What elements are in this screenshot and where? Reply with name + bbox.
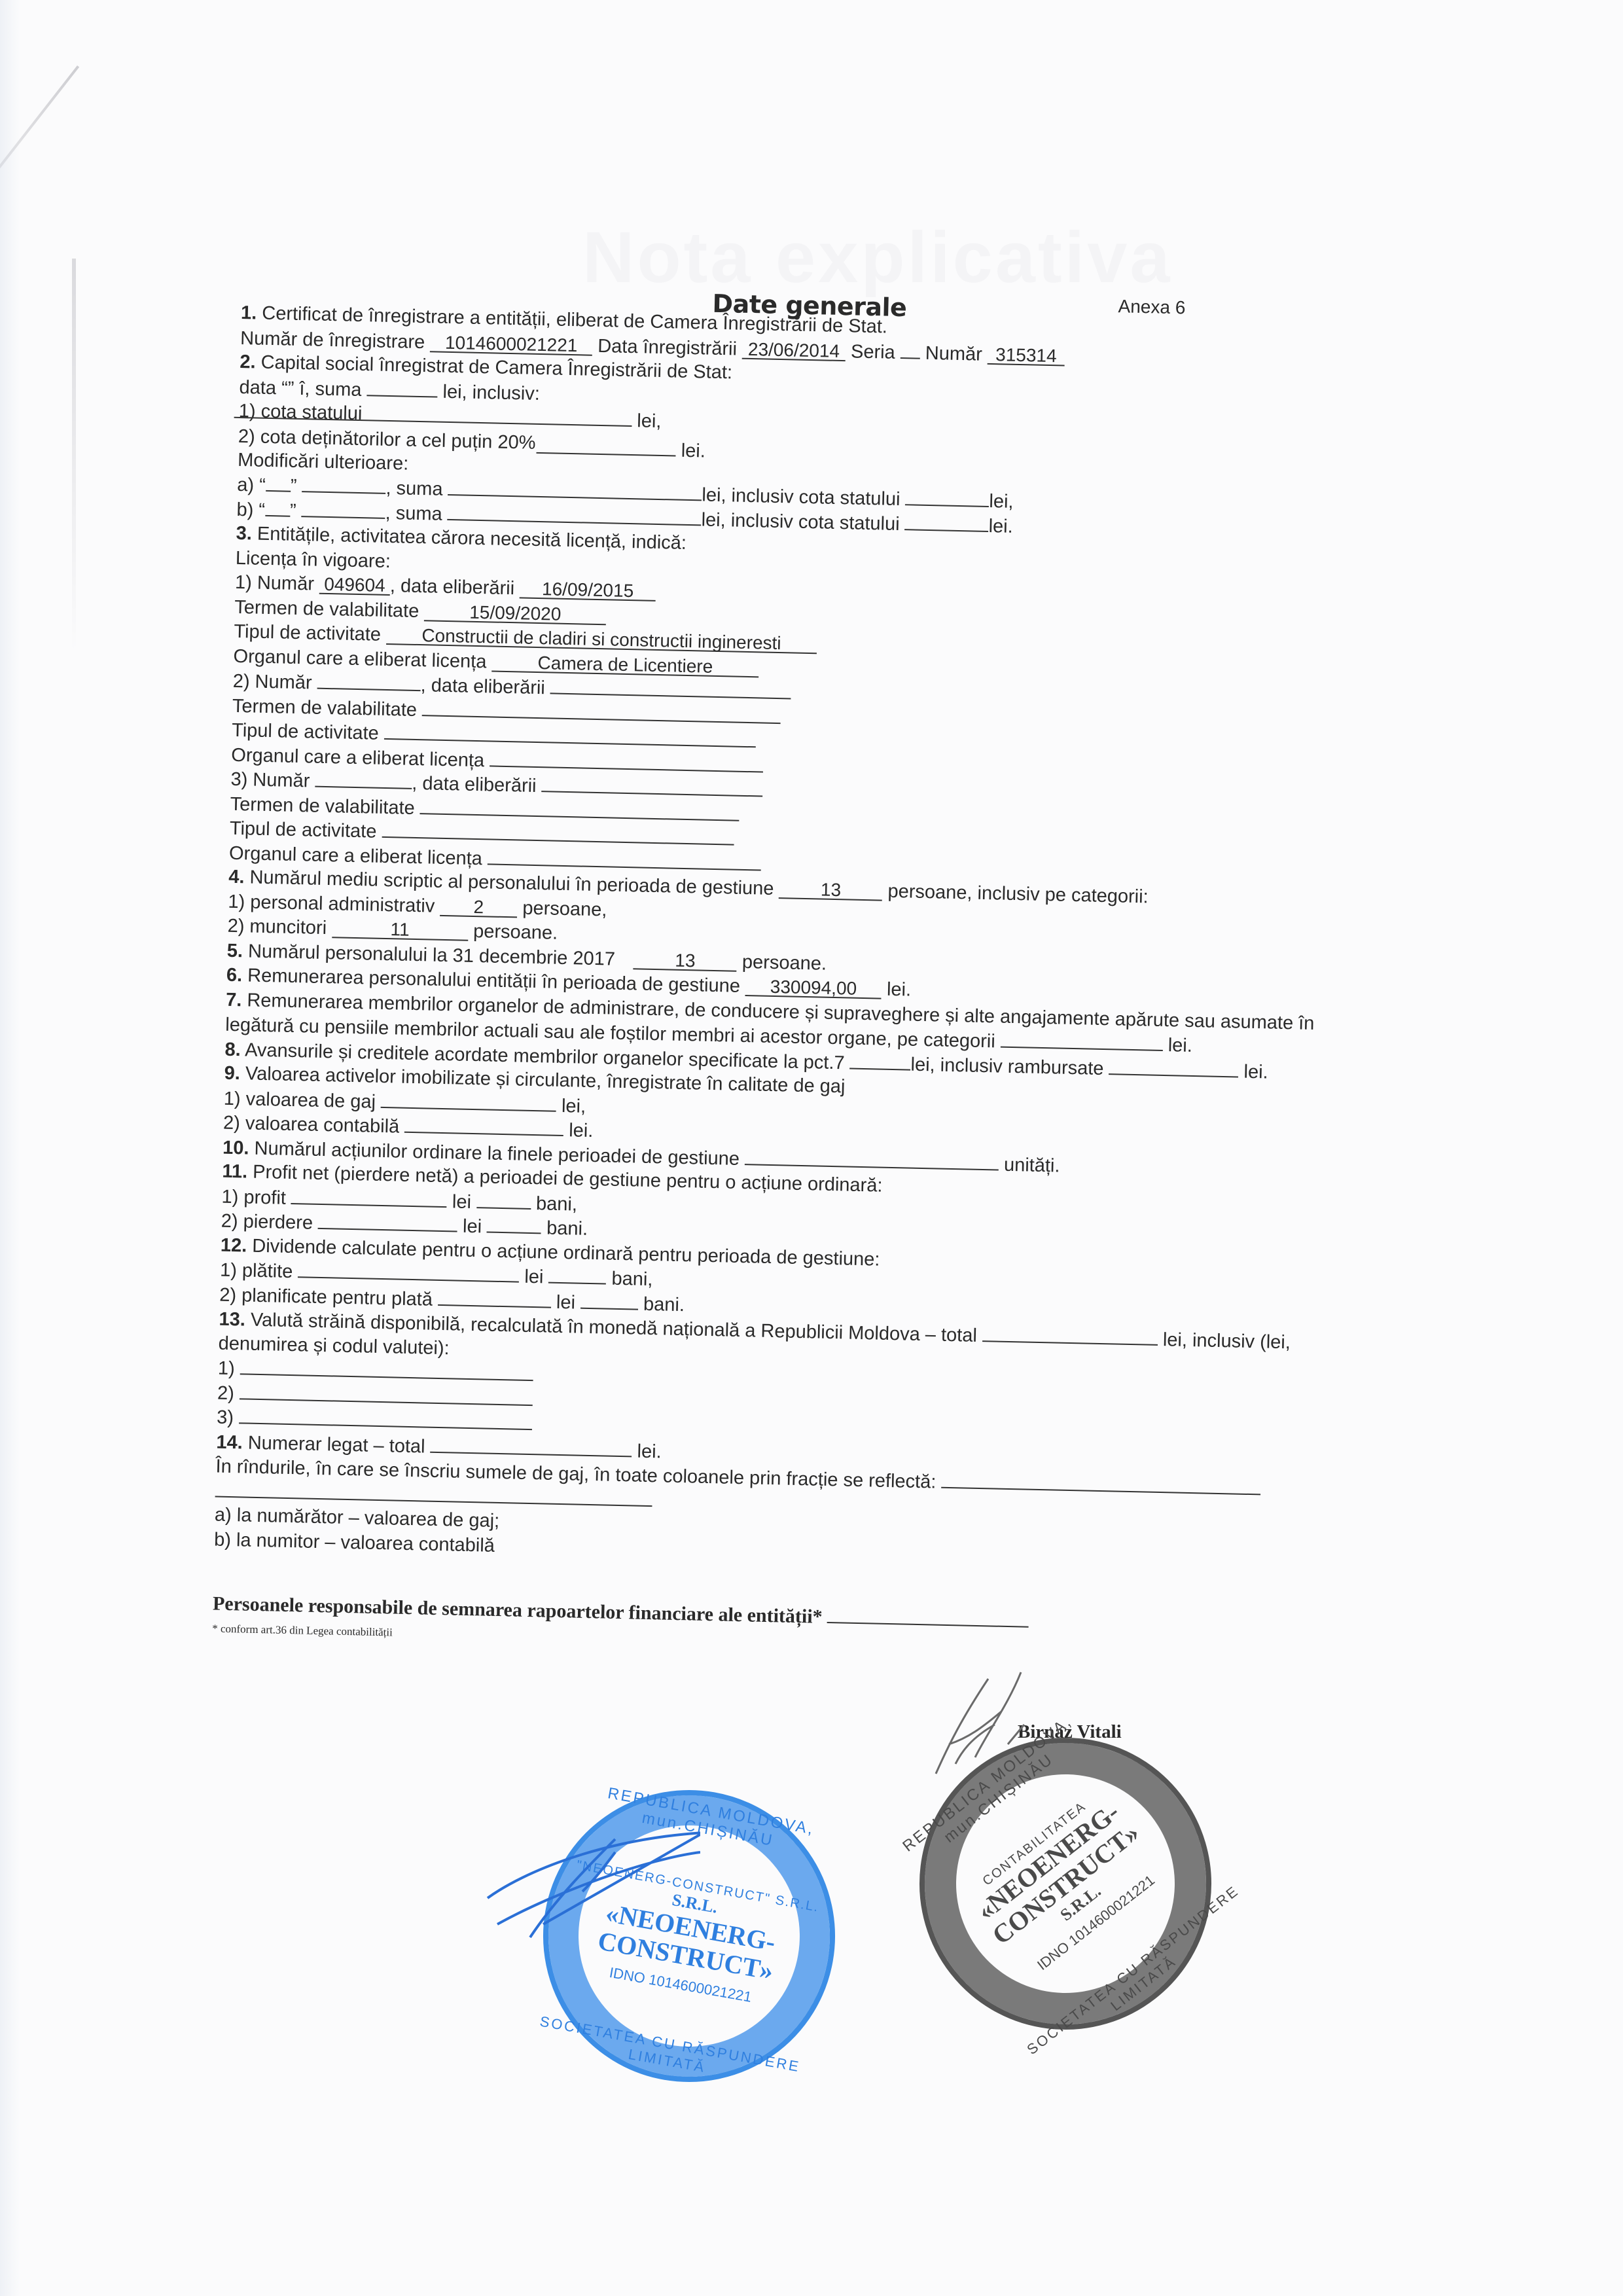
loss-lei-field[interactable]	[318, 1211, 458, 1232]
license-1-validity-field[interactable]: 15/09/2020	[424, 603, 607, 625]
modification-b-day-field[interactable]	[265, 497, 291, 516]
license-1-issue-date-field[interactable]: 16/09/2015	[520, 580, 656, 601]
pledge-value-field[interactable]	[381, 1089, 557, 1111]
average-staff-field[interactable]: 13	[779, 880, 883, 901]
fold-shadow	[72, 259, 76, 651]
staff-year-end-field[interactable]: 13	[633, 951, 738, 971]
scan-edge	[0, 0, 20, 2296]
signature-blue-icon	[484, 1813, 700, 1944]
modification-a-month-field[interactable]	[302, 474, 386, 494]
loss-bani-field[interactable]	[487, 1215, 542, 1234]
dividends-paid-bani-field[interactable]	[548, 1265, 607, 1285]
foreign-currency-total-field[interactable]	[982, 1323, 1158, 1346]
staff-remuneration-field[interactable]: 330094,00	[745, 978, 882, 999]
profit-lei-field[interactable]	[291, 1185, 448, 1207]
capital-sum-field[interactable]	[366, 378, 438, 397]
book-value-field[interactable]	[404, 1115, 564, 1136]
reimbursed-field[interactable]	[1109, 1056, 1239, 1077]
advances-field[interactable]	[849, 1050, 911, 1070]
holders-share-field[interactable]	[537, 435, 677, 457]
modification-b-state-field[interactable]	[905, 512, 990, 532]
dividends-planned-bani-field[interactable]	[580, 1290, 639, 1310]
tied-cash-field[interactable]	[430, 1434, 632, 1457]
registration-number-field[interactable]: 1014600021221	[430, 334, 593, 355]
annex-label: Anexa 6	[1118, 294, 1186, 320]
modification-b-month-field[interactable]	[302, 499, 386, 519]
series-field[interactable]	[901, 340, 921, 359]
admin-staff-field[interactable]: 2	[440, 897, 518, 918]
license-1-number-field[interactable]: 049604	[319, 576, 391, 596]
registration-date-field[interactable]: 23/06/2014	[742, 340, 846, 361]
signature-field[interactable]	[827, 1605, 1029, 1628]
dividends-planned-lei-field[interactable]	[438, 1287, 552, 1308]
modification-a-state-field[interactable]	[905, 487, 990, 507]
license-1-issuer-field[interactable]: Camera de Licentiere	[491, 653, 759, 677]
license-3-issue-date-field[interactable]	[541, 774, 763, 797]
license-2-number-field[interactable]	[317, 671, 421, 691]
dividends-paid-lei-field[interactable]	[298, 1259, 520, 1282]
management-remuneration-field[interactable]	[1001, 1030, 1164, 1051]
license-3-number-field[interactable]	[315, 769, 412, 789]
workers-field[interactable]: 11	[332, 920, 469, 941]
modification-a-day-field[interactable]	[266, 473, 291, 492]
profit-bani-field[interactable]	[476, 1190, 531, 1210]
certificate-number-field[interactable]: 315314	[988, 346, 1065, 366]
form-page: Date generale Anexa 6 1. Certificat de î…	[212, 255, 1407, 1666]
